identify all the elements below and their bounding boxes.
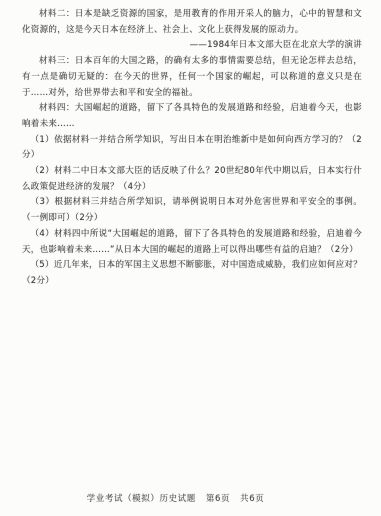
material-4-paragraph: 材料四：大国崛起的道路，留下了各具特色的发展道路和经验，启迪着今天，也影响着未来… [22, 101, 362, 132]
footer-page-number: 第6页 [206, 494, 230, 504]
exam-page: 材料二：日本是缺乏资源的国家，是用教育的作用开采人的脑力，心中的智慧和文化资源的… [0, 0, 381, 516]
question-2: （2）材料二中日本文部大臣的话反映了什么？20世纪80年代中期以后，日本实行什么… [22, 164, 362, 195]
question-1: （1）依据材料一并结合所学知识，写出日本在明治维新中是如何向西方学习的？（2分） [22, 133, 362, 164]
footer-exam-title: 学业考试（模拟）历史试题 [87, 494, 196, 504]
question-3: （3）根据材料三并结合所学知识，请举例说明日本对外危害世界和平安全的事例。（一例… [22, 195, 362, 226]
material-2-paragraph: 材料二：日本是缺乏资源的国家，是用教育的作用开采人的脑力，心中的智慧和文化资源的… [22, 7, 362, 38]
question-4: （4）材料四中所说“大国崛起的道路，留下了各具特色的发展道路和经验，启迪着今天，… [22, 227, 362, 258]
exam-content: 材料二：日本是缺乏资源的国家，是用教育的作用开采人的脑力，心中的智慧和文化资源的… [22, 7, 362, 290]
page-footer: 学业考试（模拟）历史试题第6页共6页 [0, 492, 351, 504]
material-3-paragraph: 材料三：日本百年的大国之路，的确有太多的事情需要总结，但无论怎样去总结，有一点是… [22, 54, 362, 101]
attribution-line: ——1984年日本文部大臣在北京大学的演讲 [22, 38, 362, 54]
footer-total-pages: 共6页 [240, 494, 264, 504]
question-5: （5）近几年来，日本的军国主义思想不断膨胀，对中国造成威胁，我们应如何应对？（2… [22, 258, 362, 289]
